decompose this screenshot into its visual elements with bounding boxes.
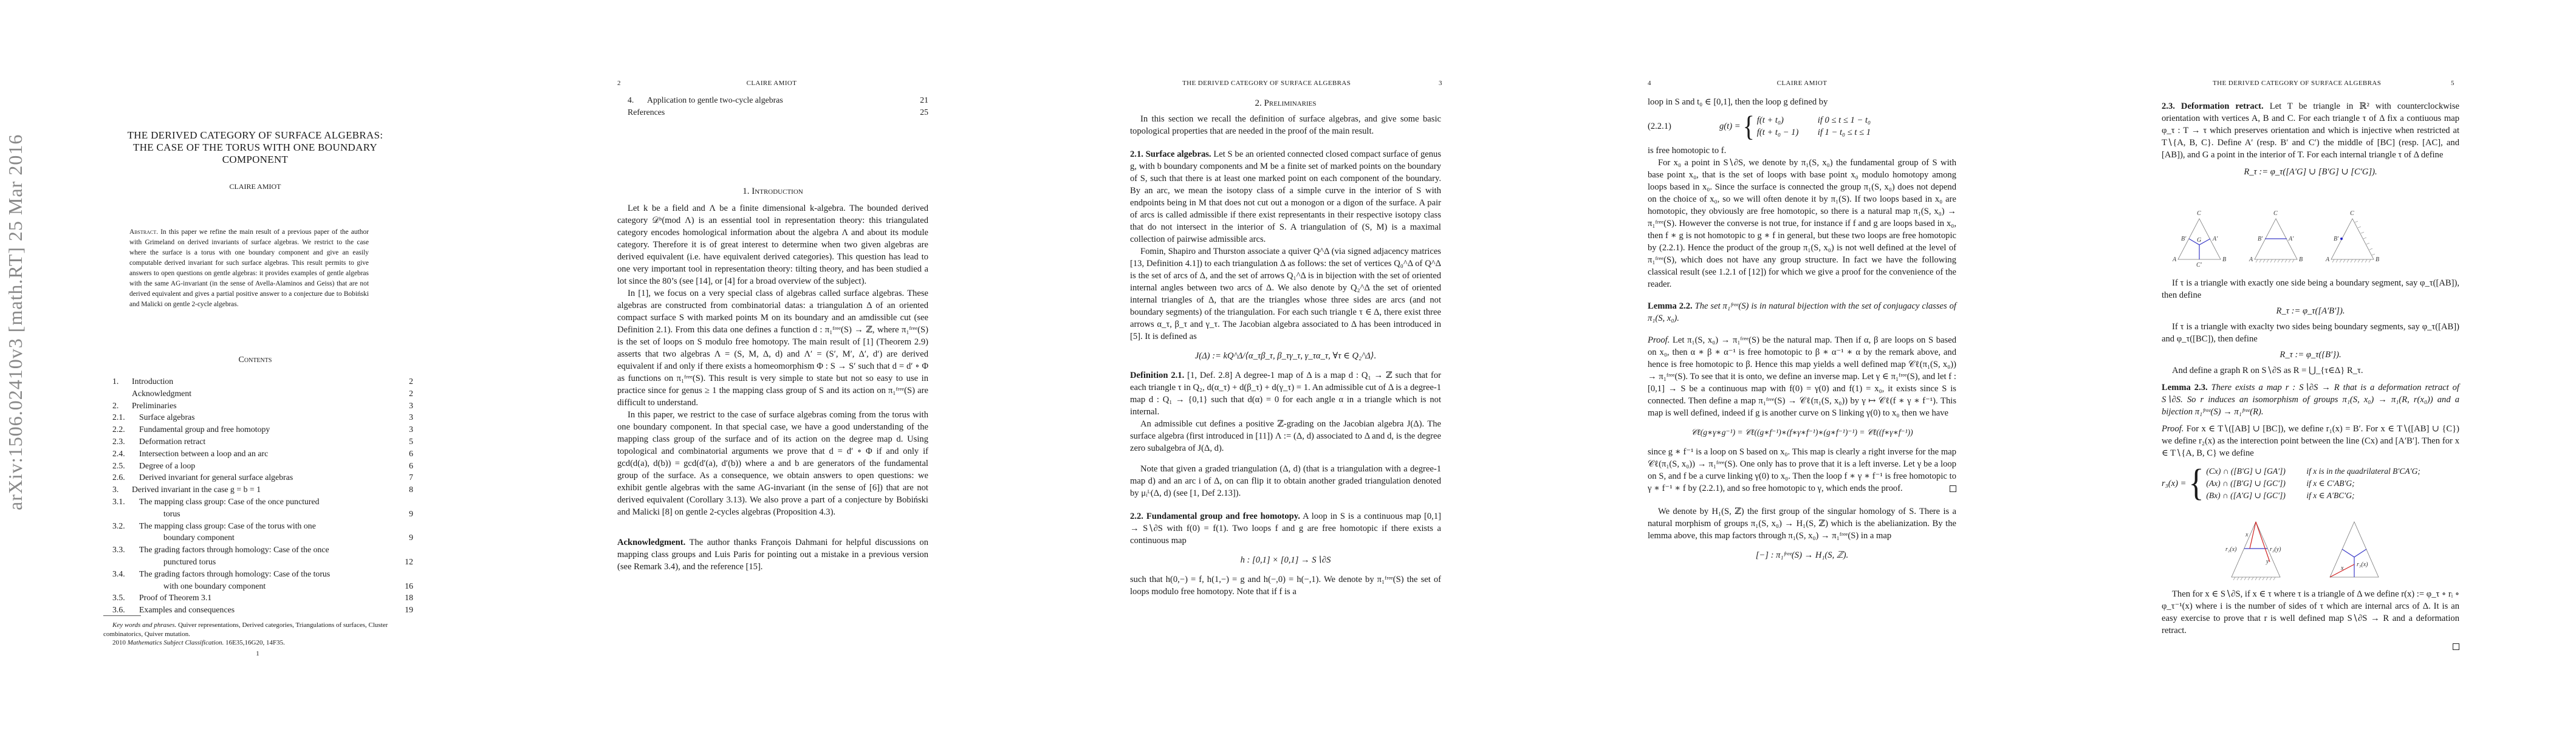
toc-entry-continuation[interactable]: boundary component9 [112, 532, 413, 544]
paper-title: THE DERIVED CATEGORY OF SURFACE ALGEBRAS… [85, 129, 425, 166]
equation-number: (2.2.1) [1648, 120, 1708, 132]
paragraph: Let k be a field and Λ be a finite dimen… [617, 202, 928, 287]
page-number: 5 [2451, 80, 2454, 87]
proof-conclusion: Then for x ∈ S∖∂S, if x ∈ τ where τ is a… [2162, 588, 2459, 654]
page-number: 1 [0, 650, 515, 657]
toc-entry-continuation[interactable]: punctured torus12 [112, 556, 413, 568]
footnote-rule [103, 615, 141, 616]
proof-label: Proof. [2162, 424, 2184, 434]
abstract: Abstract. In this paper we refine the ma… [129, 227, 369, 310]
svg-text:r₂(x): r₂(x) [2225, 546, 2237, 553]
svg-text:C′: C′ [2196, 262, 2202, 269]
page-5: THE DERIVED CATEGORY OF SURFACE ALGEBRAS… [2061, 0, 2576, 729]
svg-text:r₃(x): r₃(x) [2357, 561, 2368, 568]
triangle-two-boundary-icon: CABB′ [2325, 210, 2379, 263]
title-line: COMPONENT [85, 154, 425, 166]
msc-codes: 16E35,16G20, 14F35. [225, 639, 285, 646]
page-4: 4 CLAIRE AMIOT loop in S and t₀ ∈ [0,1],… [1546, 0, 2061, 729]
paragraph: Fomin, Shapiro and Thurston associate a … [1130, 245, 1441, 343]
equation-conjugacy: 𝒞ℓ(g∗γ∗g⁻¹) = 𝒞ℓ((g∗f⁻¹)∗(f∗γ∗f⁻¹)∗(g∗f⁻… [1648, 426, 1956, 439]
paragraph: If τ is a triangle with exaclty two side… [2162, 321, 2459, 345]
preliminaries-section: 2. Preliminaries In this section we reca… [1130, 97, 1441, 598]
equation-r-two-sides: R_τ := φ_τ({B′}). [2162, 349, 2459, 361]
svg-text:A′: A′ [2288, 236, 2294, 242]
svg-text:C: C [2197, 210, 2201, 217]
qed-square-icon [1950, 485, 1956, 492]
toc-entry[interactable]: 4.Application to gentle two-cycle algebr… [628, 94, 928, 106]
lemma-2-2: Lemma 2.2. The set π₁ᶠʳᵉᵉ(S) is in natur… [1648, 300, 1956, 324]
equation-homotopy: h : [0,1] × [0,1] → S∖∂S [1130, 554, 1441, 566]
svg-text:A: A [2172, 256, 2177, 263]
footnote: Key words and phrases. Quiver representa… [103, 621, 413, 648]
paragraph: And define a graph R on S∖∂S as R = ⋃_{τ… [2162, 364, 2459, 377]
triangle-figure-row: CAB B′A′C′G CAB B′A′ CABB′ [2064, 207, 2576, 273]
toc-entry[interactable]: 3.2.The mapping class group: Case of the… [112, 520, 413, 532]
qed-square-icon [2453, 643, 2459, 650]
proof-label: Proof. [1648, 335, 1670, 345]
svg-text:C: C [2350, 210, 2354, 217]
toc-entry-continuation[interactable]: with one boundary component16 [112, 580, 413, 592]
toc-entry[interactable]: 3.6.Examples and consequences19 [112, 604, 413, 616]
svg-text:B: B [2376, 256, 2379, 263]
running-head: CLAIRE AMIOT [617, 80, 926, 87]
svg-text:B′: B′ [2334, 236, 2339, 242]
r3-retraction-diagram: xr₃(x) [2330, 522, 2379, 577]
toc-entry[interactable]: 2.3.Deformation retract5 [112, 436, 413, 448]
toc-entry-continuation[interactable]: torus9 [112, 508, 413, 520]
page-3: THE DERIVED CATEGORY OF SURFACE ALGEBRAS… [1030, 0, 1546, 729]
left-brace: { [2188, 469, 2204, 498]
toc-entry[interactable]: 2.6.Derived invariant for general surfac… [112, 471, 413, 484]
toc-entry[interactable]: 3.4.The grading factors through homology… [112, 568, 413, 580]
subsection-deformation-retract: 2.3. Deformation retract. Let T be trian… [2162, 100, 2459, 161]
running-head: THE DERIVED CATEGORY OF SURFACE ALGEBRAS [1182, 80, 1363, 87]
paragraph: In [1], we focus on a very special class… [617, 287, 928, 409]
svg-text:x: x [2340, 565, 2344, 572]
lemma-label: Lemma 2.3. [2162, 383, 2208, 392]
svg-text:y: y [2266, 558, 2269, 565]
paragraph: An admissible cut defines a positive ℤ-g… [1130, 418, 1441, 454]
msc-label: Mathematics Subject Classification. [128, 639, 224, 646]
qed [2162, 640, 2459, 654]
subsection-heading: 2.1. Surface algebras. [1130, 149, 1211, 159]
equation-jacobian: J(Δ) := kQ^Δ/⟨α_τβ_τ, β_τγ_τ, γ_τα_τ, ∀τ… [1130, 350, 1441, 362]
definition-label: Definition 2.1. [1130, 371, 1184, 380]
deformation-retract-continued: If τ is a triangle with exactly one side… [2162, 277, 2459, 508]
paragraph: such that h(0,−) = f, h(1,−) = g and h(−… [1130, 573, 1441, 598]
introduction-section: 1. Introduction Let k be a field and Λ b… [617, 185, 928, 573]
equation-r-internal: R_τ := φ_τ([A′G] ∪ [B′G] ∪ [C′G]). [2162, 166, 2459, 178]
subsection-surface-algebras: 2.1. Surface algebras. Let S be an orien… [1130, 148, 1441, 245]
left-brace: { [1743, 112, 1755, 141]
keywords-label: Key words and phrases. [112, 621, 176, 629]
svg-text:B′: B′ [2258, 236, 2263, 242]
svg-text:C: C [2273, 210, 2278, 217]
page-2: 2 CLAIRE AMIOT 4.Application to gentle t… [515, 0, 1030, 729]
abstract-label: Abstract. [129, 228, 158, 236]
running-head: THE DERIVED CATEGORY OF SURFACE ALGEBRAS [2213, 80, 2394, 87]
toc-entry[interactable]: 2.4.Intersection between a loop and an a… [112, 448, 413, 460]
equation-2-2-1: (2.2.1) g(t) = { f(t + t₀)if 0 ≤ t ≤ 1 −… [1648, 114, 1956, 139]
toc-entry[interactable]: 2.2.Fundamental group and free homotopy3 [112, 423, 413, 436]
lemma-label: Lemma 2.2. [1648, 301, 1693, 311]
piecewise-cases: (Cx) ∩ ([B′G] ∪ [GA′])if x is in the qua… [2206, 465, 2420, 502]
section-heading: 2. Preliminaries [1130, 97, 1441, 109]
paragraph: We denote by H₁(S, ℤ) the first group of… [1648, 505, 1956, 542]
paragraph: is free homotopic to f. [1648, 145, 1956, 157]
equation-r3-cases: r₃(x) = { (Cx) ∩ ([B′G] ∪ [GA′])if x is … [2162, 465, 2459, 502]
contents-heading: Contents [85, 355, 425, 365]
svg-text:r₂(y): r₂(y) [2270, 546, 2281, 553]
toc-entry[interactable]: 3.Derived invariant in the case g = b = … [112, 484, 413, 496]
svg-text:A: A [2249, 256, 2253, 263]
title-line: THE DERIVED CATEGORY OF SURFACE ALGEBRAS… [85, 129, 425, 142]
section-heading: 1. Introduction [617, 185, 928, 197]
piecewise-cases: f(t + t₀)if 0 ≤ t ≤ 1 − t₀ f(t + t₀ − 1)… [1757, 114, 1871, 139]
svg-text:x: x [2245, 532, 2249, 538]
title-line: THE CASE OF THE TORUS WITH ONE BOUNDARY [85, 142, 425, 154]
toc-entry[interactable]: 3.1.The mapping class group: Case of the… [112, 496, 413, 508]
svg-text:G: G [2197, 237, 2201, 244]
triangle-internal-icon: CAB B′A′C′G [2172, 210, 2226, 269]
subsection-heading: 2.3. Deformation retract. [2162, 101, 2264, 111]
page-number: 3 [1439, 80, 1442, 87]
paragraph: In this section we recall the definition… [1130, 113, 1441, 137]
msc-year: 2010 [112, 639, 126, 646]
toc-entry[interactable]: 1.Introduction2 [112, 375, 413, 388]
paragraph: Then for x ∈ S∖∂S, if x ∈ τ where τ is a… [2162, 588, 2459, 637]
retraction-figure-row: xy r₂(x)r₂(y) xr₃(x) [2064, 519, 2576, 580]
r2-retraction-diagram: xy r₂(x)r₂(y) [2225, 522, 2281, 580]
svg-text:B′: B′ [2181, 236, 2187, 242]
svg-text:A′: A′ [2212, 236, 2218, 242]
equation-homology-map: [−] : π₁ᶠʳᵉᵉ(S) → H₁(S, ℤ). [1648, 549, 1956, 561]
toc-entry[interactable]: 2.1.Surface algebras3 [112, 411, 413, 423]
arxiv-identifier: arXiv:1506.02410v3 [math.RT] 25 Mar 2016 [4, 134, 27, 510]
paragraph: If τ is a triangle with exactly one side… [2162, 277, 2459, 301]
toc-entry[interactable]: Acknowledgment2 [112, 388, 413, 400]
svg-text:B: B [2222, 256, 2226, 263]
paragraph: In this paper, we restrict to the case o… [617, 409, 928, 518]
subsection-heading: 2.2. Fundamental group and free homotopy… [1130, 512, 1300, 521]
toc-entry[interactable]: 2.5.Degree of a loop6 [112, 460, 413, 472]
toc-entry[interactable]: 3.5.Proof of Theorem 3.118 [112, 592, 413, 604]
abstract-text: In this paper we refine the main result … [129, 228, 369, 308]
paragraph: loop in S and t₀ ∈ [0,1], then the loop … [1648, 96, 1956, 108]
running-head: CLAIRE AMIOT [1648, 80, 1956, 87]
proof: Proof. Let π₁(S, x₀) → π₁ᶠʳᵉᵉ(S) be the … [1648, 334, 1956, 419]
author-name: CLAIRE AMIOT [85, 182, 425, 191]
svg-text:A: A [2325, 256, 2330, 263]
toc-entry[interactable]: 2.Preliminaries3 [112, 400, 413, 412]
subsection-fundamental-group: 2.2. Fundamental group and free homotopy… [1130, 510, 1441, 547]
toc-entry[interactable]: 3.3.The grading factors through homology… [112, 544, 413, 556]
ack-label: Acknowledgment. [617, 538, 685, 547]
arxiv-stamp: arXiv:1506.02410v3 [math.RT] 25 Mar 2016 [5, 36, 29, 510]
table-of-contents: 1.Introduction2Acknowledgment22.Prelimin… [112, 375, 413, 616]
acknowledgment: Acknowledgment. The author thanks Franço… [617, 536, 928, 573]
lemma-2-3: Lemma 2.3. There exists a map r : S∖∂S →… [2162, 382, 2459, 418]
triangle-one-boundary-icon: CAB B′A′ [2249, 210, 2303, 263]
paragraph: Note that given a graded triangulation (… [1130, 463, 1441, 499]
equation-r-one-side: R_τ := φ_τ([A′B′]). [2162, 305, 2459, 317]
proof: Proof. For x ∈ T∖([AB] ∪ [BC]), we defin… [2162, 423, 2459, 459]
svg-text:B: B [2299, 256, 2303, 263]
definition-2-1: Definition 2.1. [1, Def. 2.8] A degree-1… [1130, 369, 1441, 418]
paragraph: For x₀ a point in S∖∂S, we denote by π₁(… [1648, 157, 1956, 290]
table-of-contents-continued: 4.Application to gentle two-cycle algebr… [628, 94, 928, 118]
page-1: arXiv:1506.02410v3 [math.RT] 25 Mar 2016… [0, 0, 515, 729]
paragraph: since g ∗ f⁻¹ is a loop on S based on x₀… [1648, 446, 1956, 495]
toc-entry[interactable]: References25 [628, 106, 928, 118]
page4-body: loop in S and t₀ ∈ [0,1], then the loop … [1648, 96, 1956, 569]
deformation-retract-section: 2.3. Deformation retract. Let T be trian… [2162, 100, 2459, 183]
